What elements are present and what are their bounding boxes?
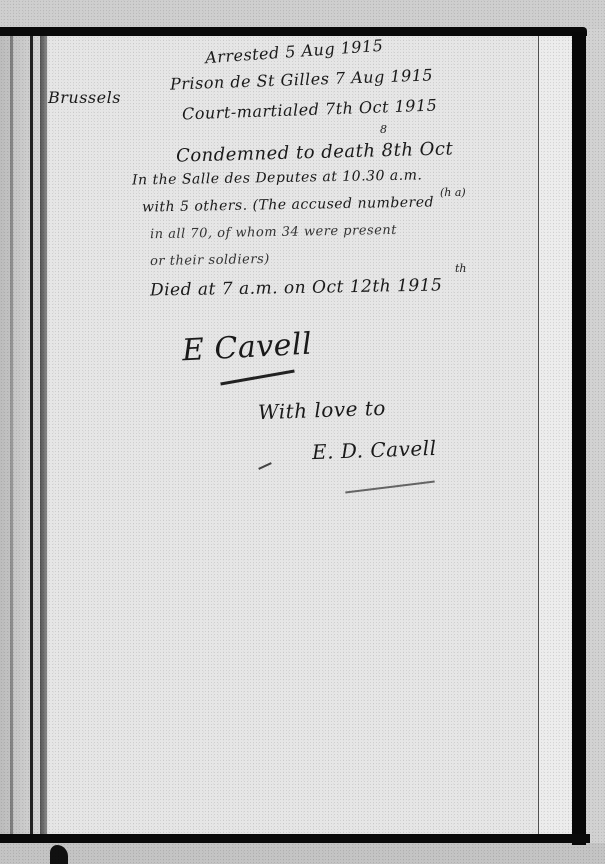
page-top-border	[0, 27, 587, 36]
superscript-th: th	[455, 262, 467, 275]
signature: E Cavell	[181, 327, 313, 369]
page-bottom-border	[0, 834, 590, 843]
annotation-ha: (h a)	[440, 186, 466, 199]
margin-note: Brussels	[48, 88, 121, 107]
line-soldiers: or their soldiers)	[150, 252, 270, 269]
superscript-8: 8	[380, 123, 387, 136]
binding-line	[30, 36, 33, 834]
dedication: With love to	[258, 396, 387, 424]
recipient-name: E. D. Cavell	[312, 436, 437, 464]
binding-line	[10, 36, 13, 834]
background-top	[0, 0, 605, 29]
background-right	[586, 29, 605, 843]
binding-line	[40, 36, 47, 834]
page-edge-flap	[538, 36, 573, 834]
background-bottom	[0, 843, 605, 864]
page-right-border	[572, 32, 586, 845]
